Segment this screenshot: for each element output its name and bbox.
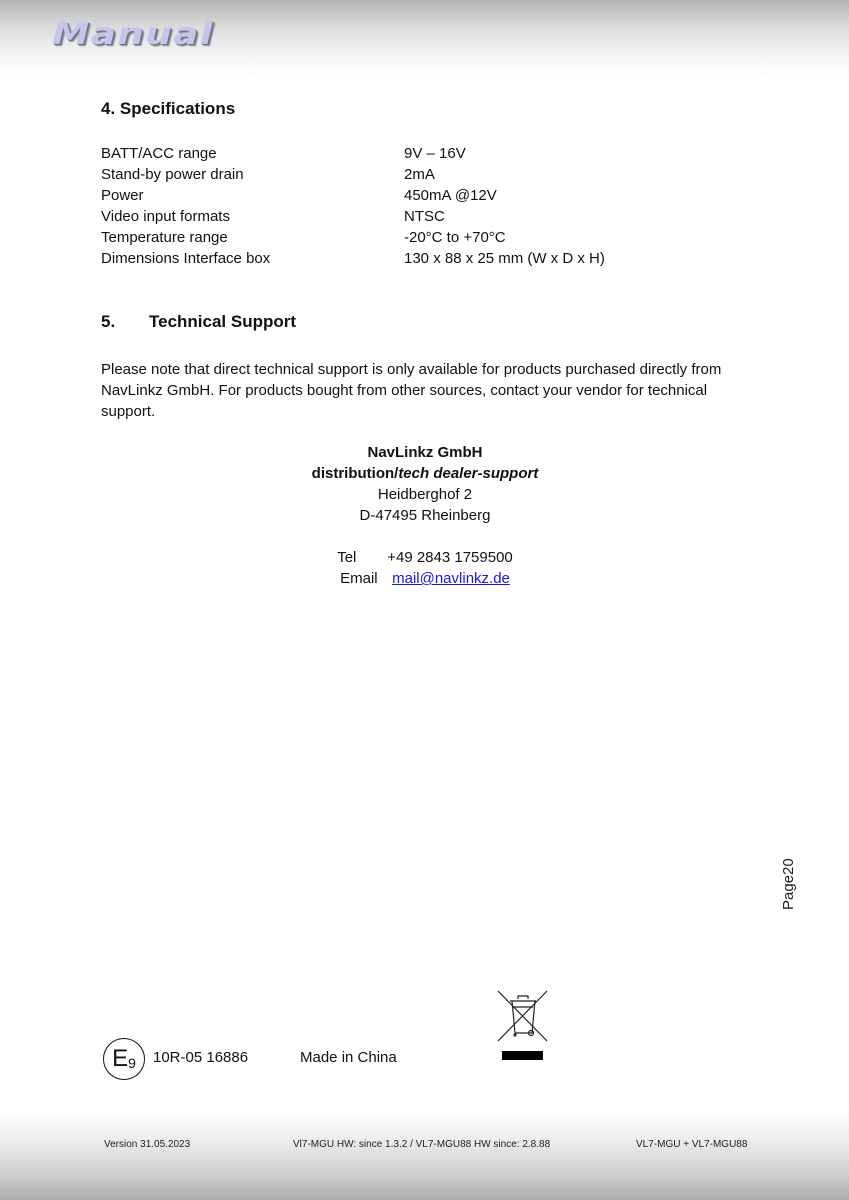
spec-label: Stand-by power drain: [101, 164, 404, 185]
company-name: NavLinkz GmbH: [220, 442, 630, 463]
footer-version: Version 31.05.2023: [104, 1139, 190, 1150]
email-link[interactable]: mail@navlinkz.de: [392, 570, 510, 587]
contact-block: NavLinkz GmbH distribution/tech dealer-s…: [220, 442, 630, 589]
department: distribution/tech dealer-support: [220, 463, 630, 484]
support-paragraph: Please note that direct technical suppor…: [101, 359, 741, 422]
section-title: Technical Support: [149, 312, 296, 331]
city-address: D-47495 Rheinberg: [220, 505, 630, 526]
page-header: Manual: [0, 0, 849, 80]
spec-label: Power: [101, 185, 404, 206]
e-mark-icon: E9: [103, 1038, 145, 1080]
section-number: 5.: [101, 312, 149, 332]
telephone-row: Tel+49 2843 1759500: [220, 547, 630, 568]
spec-label: Dimensions Interface box: [101, 248, 404, 269]
country-of-origin: Made in China: [300, 1049, 397, 1066]
email-row: Emailmail@navlinkz.de: [220, 568, 630, 589]
technical-support-heading: 5.Technical Support: [101, 312, 296, 332]
specifications-heading: 4. Specifications: [101, 99, 235, 119]
specifications-table: BATT/ACC range9V – 16VStand-by power dra…: [101, 143, 605, 269]
street-address: Heidberghof 2: [220, 484, 630, 505]
spec-label: Temperature range: [101, 227, 404, 248]
approval-number: 10R-05 16886: [153, 1049, 248, 1066]
spec-row: Video input formatsNTSC: [101, 206, 605, 227]
spec-label: BATT/ACC range: [101, 143, 404, 164]
manual-logo: Manual: [52, 17, 214, 52]
tel-value: +49 2843 1759500: [387, 549, 513, 566]
spec-row: Temperature range-20°C to +70°C: [101, 227, 605, 248]
footer-model: VL7-MGU + VL7-MGU88: [636, 1139, 747, 1150]
spec-value: 9V – 16V: [404, 143, 605, 164]
spec-value: 2mA: [404, 164, 605, 185]
spec-value: 130 x 88 x 25 mm (W x D x H): [404, 248, 605, 269]
email-label: Email: [340, 568, 392, 589]
spec-row: Power450mA @12V: [101, 185, 605, 206]
page-footer: [0, 1110, 849, 1200]
spec-row: Dimensions Interface box130 x 88 x 25 mm…: [101, 248, 605, 269]
spec-value: NTSC: [404, 206, 605, 227]
spec-label: Video input formats: [101, 206, 404, 227]
tel-label: Tel: [337, 547, 387, 568]
spec-value: -20°C to +70°C: [404, 227, 605, 248]
spec-row: Stand-by power drain2mA: [101, 164, 605, 185]
footer-hardware: Vl7-MGU HW: since 1.3.2 / VL7-MGU88 HW s…: [293, 1139, 550, 1150]
page-number: Page20: [780, 858, 797, 910]
spec-value: 450mA @12V: [404, 185, 605, 206]
spec-row: BATT/ACC range9V – 16V: [101, 143, 605, 164]
crossed-out-wheelie-bin-icon: [496, 989, 550, 1063]
